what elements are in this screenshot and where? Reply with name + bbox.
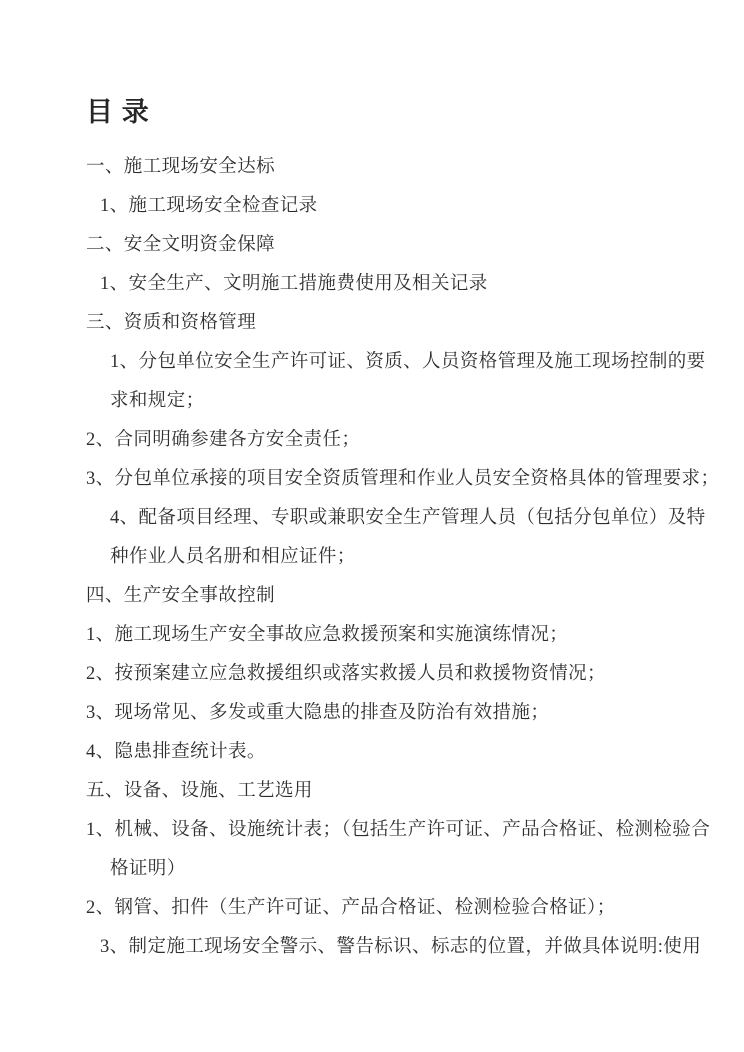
page-content: 目 录 一、施工现场安全达标1、施工现场安全检查记录二、安全文明资金保障1、安全… — [86, 94, 686, 967]
toc-line: 2、钢管、扣件（生产许可证、产品合格证、检测检验合格证）； — [86, 889, 686, 928]
toc-line: 1、机械、设备、设施统计表；（包括生产许可证、产品合格证、检测检验合 — [86, 811, 686, 850]
toc-line: 3、现场常见、多发或重大隐患的排查及防治有效措施； — [86, 694, 686, 733]
toc-line: 二、安全文明资金保障 — [86, 226, 686, 265]
toc-line: 一、施工现场安全达标 — [86, 148, 686, 187]
page-title: 目 录 — [86, 94, 686, 130]
toc-line: 求和规定； — [86, 382, 686, 421]
toc-line: 三、资质和资格管理 — [86, 304, 686, 343]
toc-line: 种作业人员名册和相应证件； — [86, 538, 686, 577]
toc-line: 1、施工现场安全检查记录 — [86, 187, 686, 226]
toc-line: 1、施工现场生产安全事故应急救援预案和实施演练情况； — [86, 616, 686, 655]
toc-line: 格证明） — [86, 850, 686, 889]
toc-line: 2、合同明确参建各方安全责任； — [86, 421, 686, 460]
toc-line: 五、设备、设施、工艺选用 — [86, 772, 686, 811]
toc-line: 4、隐患排查统计表。 — [86, 733, 686, 772]
toc-line: 1、分包单位安全生产许可证、资质、人员资格管理及施工现场控制的要 — [86, 343, 686, 382]
toc-line: 3、制定施工现场安全警示、警告标识、标志的位置，并做具体说明:使用 — [86, 928, 686, 967]
toc-line: 1、安全生产、文明施工措施费使用及相关记录 — [86, 265, 686, 304]
toc-line: 3、分包单位承接的项目安全资质管理和作业人员安全资格具体的管理要求； — [86, 460, 686, 499]
toc-line: 四、生产安全事故控制 — [86, 577, 686, 616]
toc-line: 2、按预案建立应急救援组织或落实救援人员和救援物资情况； — [86, 655, 686, 694]
toc-list: 一、施工现场安全达标1、施工现场安全检查记录二、安全文明资金保障1、安全生产、文… — [86, 148, 686, 967]
document-page: 目 录 一、施工现场安全达标1、施工现场安全检查记录二、安全文明资金保障1、安全… — [0, 0, 744, 1052]
toc-line: 4、配备项目经理、专职或兼职安全生产管理人员（包括分包单位）及特 — [86, 499, 686, 538]
